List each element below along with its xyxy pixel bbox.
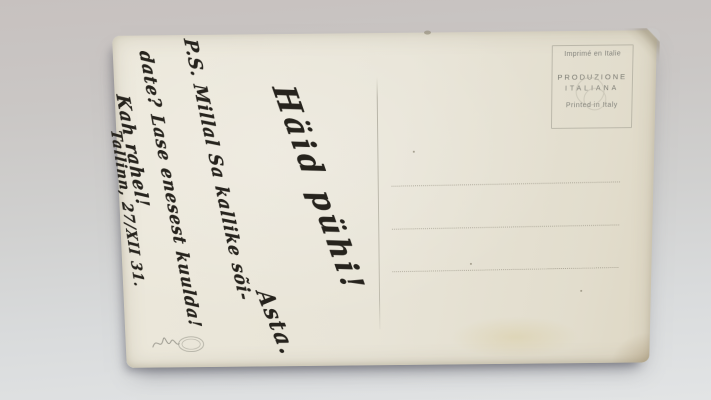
divider-line [377, 77, 381, 330]
postcard: Imprimé en Italie PRODUZIONE ITALIANA Pr… [112, 30, 657, 368]
address-line [391, 181, 620, 186]
paper-speck [413, 151, 415, 153]
edge-nick [424, 31, 431, 35]
imprint-imprime: Imprimé en Italie [553, 50, 633, 58]
address-line [392, 267, 618, 272]
handwriting-greeting: Häid pühi! [266, 84, 369, 294]
paper-speck [470, 263, 472, 265]
paper-speck [580, 290, 582, 292]
publisher-embossed-mark [150, 326, 207, 356]
watermark-circles [570, 75, 614, 115]
photo-background: Imprimé en Italie PRODUZIONE ITALIANA Pr… [0, 0, 711, 400]
address-line [392, 224, 619, 229]
stamp-box: Imprimé en Italie PRODUZIONE ITALIANA Pr… [551, 44, 634, 129]
handwriting-signature: Asta. [252, 288, 300, 357]
